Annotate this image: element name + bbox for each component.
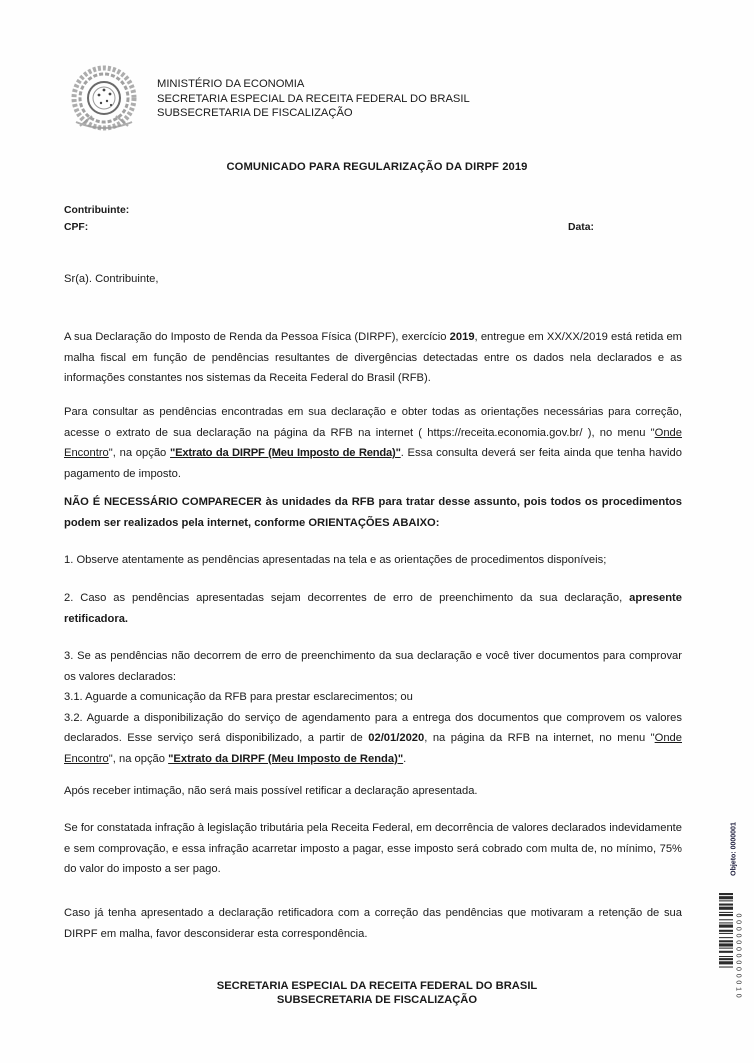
- subsecretariat-name: SUBSECRETARIA DE FISCALIZAÇÃO: [157, 106, 470, 121]
- extrato-dirpf-link[interactable]: "Extrato da DIRPF (Meu Imposto de Renda)…: [168, 753, 403, 765]
- barcode-digits: 0000000000010: [733, 893, 743, 1021]
- instruction-item-2: 2. Caso as pendências apresentadas sejam…: [64, 588, 682, 629]
- footer-subsecretariat: SUBSECRETARIA DE FISCALIZAÇÃO: [0, 994, 754, 1008]
- text: Para consultar as pendências encontradas…: [64, 406, 682, 439]
- paragraph-consult: Para consultar as pendências encontradas…: [64, 402, 682, 484]
- availability-date: 02/01/2020: [368, 732, 424, 744]
- salutation: Sr(a). Contribuinte,: [64, 273, 159, 285]
- brazil-coat-of-arms-icon: [66, 64, 142, 136]
- text: A sua Declaração do Imposto de Renda da …: [64, 331, 450, 343]
- paragraph-no-need: NÃO É NECESSÁRIO COMPARECER às unidades …: [64, 492, 682, 533]
- instruction-item-3-2: 3.2. Aguarde a disponibilização do servi…: [64, 708, 682, 770]
- document-title: COMUNICADO PARA REGULARIZAÇÃO DA DIRPF 2…: [0, 161, 754, 173]
- instruction-item-3-1: 3.1. Aguarde a comunicação da RFB para p…: [64, 687, 682, 708]
- object-id-text: Objeto: 0000001: [731, 822, 738, 876]
- paragraph-rectify-warning: Após receber intimação, não será mais po…: [64, 781, 682, 802]
- bold-text: NÃO É NECESSÁRIO COMPARECER: [64, 496, 262, 508]
- cpf-label: CPF:: [64, 222, 88, 233]
- text: ", na opção: [109, 753, 168, 765]
- exercise-year: 2019: [450, 331, 475, 343]
- object-id: Objeto: 0000001: [727, 816, 741, 882]
- text: .: [403, 753, 406, 765]
- data-label: Data:: [568, 222, 594, 233]
- text: 2. Caso as pendências apresentadas sejam…: [64, 592, 629, 604]
- contribuinte-label: Contribuinte:: [64, 205, 129, 216]
- barcode-digits-text: 0000000000010: [735, 913, 742, 1000]
- ministry-name: MINISTÉRIO DA ECONOMIA: [157, 77, 470, 92]
- text: , na página da RFB na internet, no menu …: [424, 732, 654, 744]
- instruction-item-1: 1. Observe atentamente as pendências apr…: [64, 550, 682, 571]
- extrato-dirpf-link[interactable]: "Extrato da DIRPF (Meu Imposto de Renda)…: [170, 447, 401, 459]
- footer-signature: SECRETARIA ESPECIAL DA RECEITA FEDERAL D…: [0, 980, 754, 1007]
- paragraph-disregard: Caso já tenha apresentado a declaração r…: [64, 903, 682, 944]
- instruction-item-3: 3. Se as pendências não decorrem de erro…: [64, 646, 682, 769]
- paragraph-penalty: Se for constatada infração à legislação …: [64, 818, 682, 880]
- letter-page: MINISTÉRIO DA ECONOMIA SECRETARIA ESPECI…: [0, 0, 754, 1063]
- secretariat-name: SECRETARIA ESPECIAL DA RECEITA FEDERAL D…: [157, 92, 470, 107]
- barcode-icon: [719, 893, 733, 1021]
- text: ", na opção: [109, 447, 170, 459]
- paragraph-retention: A sua Declaração do Imposto de Renda da …: [64, 327, 682, 389]
- footer-secretariat: SECRETARIA ESPECIAL DA RECEITA FEDERAL D…: [0, 980, 754, 994]
- organization-header: MINISTÉRIO DA ECONOMIA SECRETARIA ESPECI…: [157, 77, 470, 121]
- bold-text: ORIENTAÇÕES ABAIXO:: [308, 517, 439, 529]
- item-3-intro: 3. Se as pendências não decorrem de erro…: [64, 646, 682, 687]
